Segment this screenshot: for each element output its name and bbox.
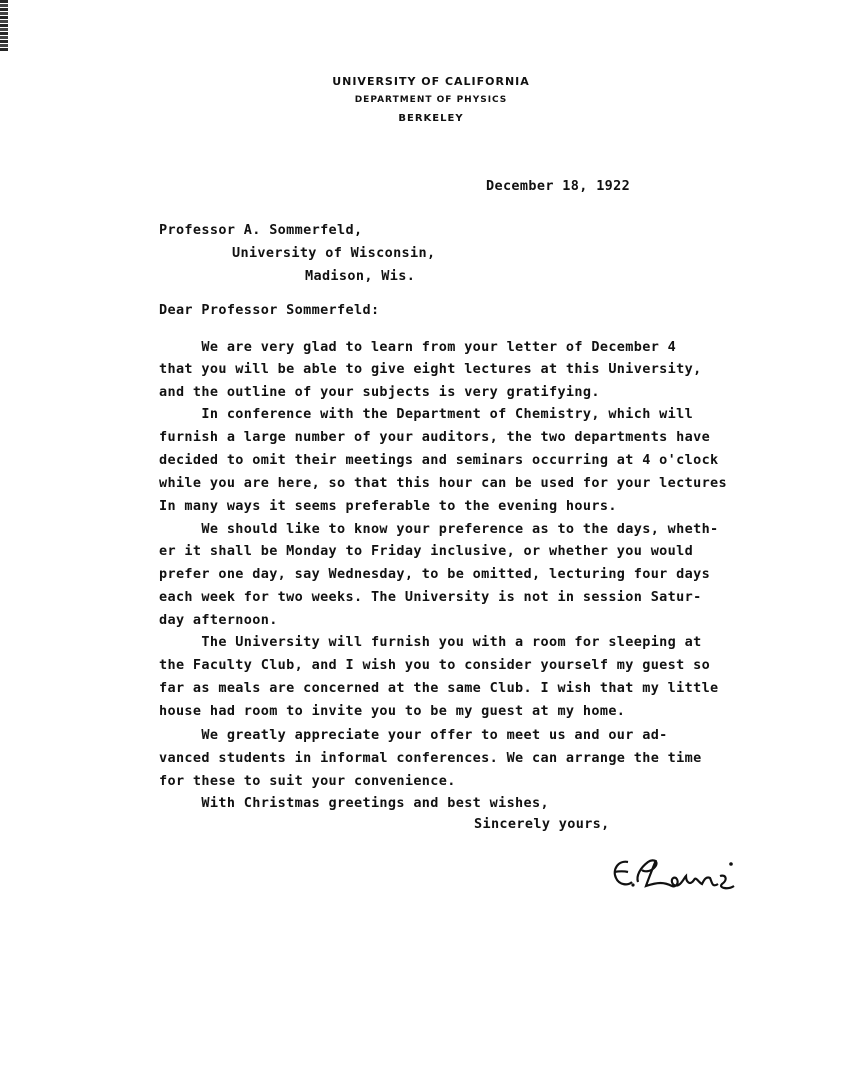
body-line: while you are here, so that this hour ca… <box>159 475 727 491</box>
handwritten-signature <box>606 852 751 897</box>
body-line: In conference with the Department of Che… <box>159 406 693 422</box>
body-line: In many ways it seems preferable to the … <box>159 498 617 514</box>
recipient-location: Madison, Wis. <box>305 268 415 284</box>
body-line: the Faculty Club, and I wish you to cons… <box>159 657 710 673</box>
body-line: day afternoon. <box>159 612 278 628</box>
body-line: far as meals are concerned at the same C… <box>159 680 719 696</box>
body-line: decided to omit their meetings and semin… <box>159 452 719 468</box>
body-line: that you will be able to give eight lect… <box>159 361 702 377</box>
body-line: We greatly appreciate your offer to meet… <box>159 727 668 743</box>
body-line: vanced students in informal conferences.… <box>159 750 702 766</box>
recipient-name: Professor A. Sommerfeld, <box>159 222 362 238</box>
letterhead-city: BERKELEY <box>6 113 850 124</box>
body-line: er it shall be Monday to Friday inclusiv… <box>159 543 693 559</box>
body-line: and the outline of your subjects is very… <box>159 384 600 400</box>
body-line: prefer one day, say Wednesday, to be omi… <box>159 566 710 582</box>
closing: Sincerely yours, <box>474 816 610 832</box>
body-line: We are very glad to learn from your lett… <box>159 339 676 355</box>
body-line: house had room to invite you to be my gu… <box>159 703 625 719</box>
letterhead-department: DEPARTMENT OF PHYSICS <box>6 95 850 105</box>
body-line: for these to suit your convenience. <box>159 773 456 789</box>
recipient-institution: University of Wisconsin, <box>232 245 435 261</box>
body-line: With Christmas greetings and best wishes… <box>159 795 549 811</box>
letterhead-institution: UNIVERSITY OF CALIFORNIA <box>6 75 850 88</box>
salutation: Dear Professor Sommerfeld: <box>159 302 379 318</box>
body-line: each week for two weeks. The University … <box>159 589 702 605</box>
letter-date: December 18, 1922 <box>486 178 630 194</box>
body-line: We should like to know your preference a… <box>159 521 719 537</box>
body-line: The University will furnish you with a r… <box>159 634 702 650</box>
scan-edge-artifact <box>0 0 8 52</box>
body-line: furnish a large number of your auditors,… <box>159 429 710 445</box>
